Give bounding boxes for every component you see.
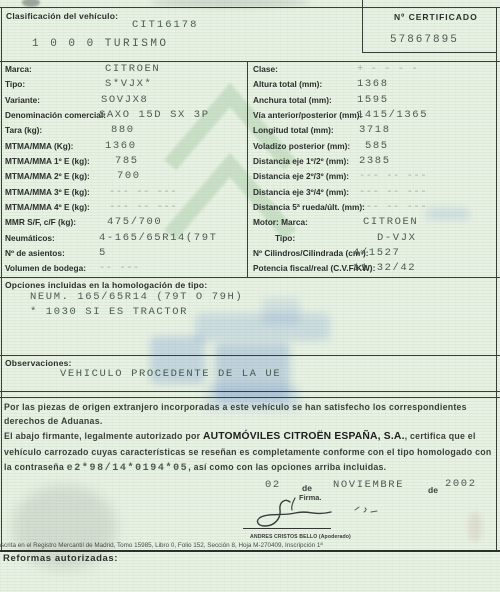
field-label: Distancia 5ª rueda/últ. (mm):	[253, 202, 365, 212]
field-value: 475/700	[107, 216, 162, 228]
field-row: MTMA/MMA 2º E (kg):700	[5, 169, 243, 184]
field-value: CITROEN	[363, 216, 418, 228]
field-value: --- -- ---	[359, 186, 427, 198]
field-row: MTMA/MMA 3º E (kg):--- -- ---	[5, 185, 243, 200]
certify-paragraph: El abajo firmante, legalmente autorizado…	[4, 429, 496, 477]
field-value: 1368	[357, 78, 389, 90]
field-label: Denominación comercial:	[5, 110, 106, 120]
contrasena-value: e2*98/14*0194*05	[67, 463, 189, 474]
field-row: Distancia eje 3º/4º (mm):--- -- ---	[253, 185, 496, 200]
field-row: MTMA/MMA 4º E (kg):--- -- ---	[5, 200, 243, 215]
divider	[362, 52, 496, 53]
date-day: 02	[265, 479, 281, 491]
clasificacion-value: 1 0 0 0 TURISMO	[32, 38, 169, 50]
field-label: Nº de asientos:	[5, 248, 65, 258]
field-row: Altura total (mm):1368	[253, 77, 496, 92]
field-value: 1595	[357, 94, 389, 106]
field-row: Neumáticos:4-165/65R14(79T	[5, 231, 243, 246]
field-label: Vía anterior/posterior (mm):	[253, 110, 362, 120]
field-value: 1360	[105, 140, 137, 152]
field-label: MTMA/MMA 4º E (kg):	[5, 202, 90, 212]
divider	[0, 7, 500, 8]
field-value: 5	[99, 247, 107, 259]
field-row: MMR S/F, c/F (kg):475/700	[5, 215, 243, 230]
field-label: MMR S/F, c/F (kg):	[5, 217, 76, 227]
divider	[496, 7, 497, 551]
date-de: de	[428, 485, 438, 495]
registro-mercantil-text: inscrita en el Registro Mercantil de Mad…	[0, 542, 500, 549]
reformas-label: Reformas autorizadas:	[3, 553, 118, 564]
field-value: + - - - -	[357, 63, 418, 75]
field-label: Distancia eje 1º/2º (mm):	[253, 156, 349, 166]
field-value: 1415/1365	[357, 109, 428, 121]
field-value: 700	[117, 170, 141, 182]
opciones-line2: * 1030 SI ES TRACTOR	[30, 306, 188, 318]
field-label: MTMA/MMA 3º E (kg):	[5, 187, 90, 197]
date-year: 2002	[445, 478, 477, 490]
observaciones-value: VEHICULO PROCEDENTE DE LA UE	[60, 368, 281, 380]
field-row: Potencia fiscal/real (C.V.F/KW):11,32/42	[253, 261, 496, 276]
field-row: Distancia eje 1º/2º (mm):2385	[253, 154, 496, 169]
scan-smudge	[22, 0, 40, 7]
field-row: MTMA/MMA 1º E (kg):785	[5, 154, 243, 169]
field-row: Variante:SOVJX8	[5, 93, 243, 108]
field-value: SAXO 15D SX 3P	[99, 109, 210, 121]
signer-name: ANDRES CRISTOS BELLO (Apoderado)	[250, 534, 351, 540]
field-row: Anchura total (mm):1595	[253, 93, 496, 108]
signature-icon	[235, 496, 385, 530]
field-row: Distancia 5ª rueda/últ. (mm):--- -- ---	[253, 200, 496, 215]
date-de: de	[302, 483, 312, 493]
field-row: Tara (kg):880	[5, 123, 243, 138]
field-row: Nº de asientos:5	[5, 246, 243, 261]
field-value: 4/1527	[353, 247, 400, 259]
divider	[0, 397, 500, 398]
divider	[247, 61, 248, 277]
field-value: -- ---	[99, 262, 140, 274]
field-value: SOVJX8	[101, 94, 148, 106]
field-label: Altura total (mm):	[253, 79, 322, 89]
field-value: --- -- ---	[359, 170, 427, 182]
clasificacion-label: Clasificación del vehículo:	[6, 11, 118, 21]
field-row: Voladizo posterior (mm):585	[253, 139, 496, 154]
clasificacion-code: CIT16178	[132, 19, 198, 31]
certify-text: , así como con las opciones arriba inclu…	[188, 462, 386, 472]
scan-smudge	[150, 0, 310, 7]
left-column: Marca:CITROEN Tipo:S*VJX* Variante:SOVJX…	[5, 62, 243, 277]
divider	[1, 7, 2, 551]
field-value: 11,32/42	[353, 262, 416, 274]
field-value: D-VJX	[377, 232, 417, 244]
field-label: Tipo:	[5, 79, 25, 89]
field-label: Neumáticos:	[5, 233, 55, 243]
field-label: Variante:	[5, 95, 40, 105]
field-label: Nº Cilindros/Cilindrada (cm³):	[253, 248, 369, 258]
field-label: Clase:	[253, 64, 278, 74]
field-label: Longitud total (mm):	[253, 125, 334, 135]
field-row: Denominación comercial:SAXO 15D SX 3P	[5, 108, 243, 123]
divider	[362, 0, 363, 7]
signature-rule	[243, 528, 331, 529]
field-label: MTMA/MMA 1º E (kg):	[5, 156, 90, 166]
field-row: Nº Cilindros/Cilindrada (cm³):4/1527	[253, 246, 496, 261]
certificado-value: 57867895	[390, 34, 459, 46]
stamp-remnant	[262, 298, 300, 324]
field-value: CITROEN	[105, 63, 160, 75]
field-label: Volumen de bodega:	[5, 263, 86, 273]
divider	[362, 8, 363, 52]
field-row: Motor: Marca:CITROEN	[253, 215, 496, 230]
field-value: --- -- ---	[109, 201, 177, 213]
aduanas-paragraph: Por las piezas de origen extranjero inco…	[4, 400, 496, 428]
right-column: Clase:+ - - - - Altura total (mm):1368 A…	[253, 62, 496, 277]
field-value: 785	[115, 155, 139, 167]
divider	[0, 277, 500, 278]
field-label: Marca:	[5, 64, 32, 74]
field-row: Tipo:D-VJX	[253, 231, 496, 246]
field-row: Longitud total (mm):3718	[253, 123, 496, 138]
divider	[0, 391, 500, 392]
divider	[0, 550, 500, 552]
field-row: Tipo:S*VJX*	[5, 77, 243, 92]
field-row: Vía anterior/posterior (mm):1415/1365	[253, 108, 496, 123]
field-label: Distancia eje 2º/3º (mm):	[253, 171, 349, 181]
opciones-label: Opciones incluidas en la homologación de…	[5, 280, 207, 290]
field-label: Tara (kg):	[5, 125, 42, 135]
field-value: S*VJX*	[105, 78, 152, 90]
date-month: NOVIEMBRE	[333, 479, 404, 491]
field-value: 4-165/65R14(79T	[99, 232, 218, 244]
field-label: Motor: Marca:	[253, 217, 308, 227]
field-row: MTMA/MMA (Kg):1360	[5, 139, 243, 154]
scan-smudge	[468, 512, 482, 542]
field-value: 2385	[359, 155, 391, 167]
field-row: Volumen de bodega:-- ---	[5, 261, 243, 276]
field-label: Distancia eje 3º/4º (mm):	[253, 187, 349, 197]
field-value: --- -- ---	[359, 201, 427, 213]
field-row: Clase:+ - - - -	[253, 62, 496, 77]
field-label: Voladizo posterior (mm):	[253, 141, 350, 151]
field-label: Tipo:	[275, 233, 295, 243]
field-value: --- -- ---	[109, 186, 177, 198]
field-row: Marca:CITROEN	[5, 62, 243, 77]
field-row: Distancia eje 2º/3º (mm):--- -- ---	[253, 169, 496, 184]
vehicle-certificate-document: Clasificación del vehículo: CIT16178 1 0…	[0, 0, 500, 592]
certificado-label: Nº CERTIFICADO	[394, 12, 478, 22]
certify-text: El abajo firmante, legalmente autorizado…	[4, 431, 203, 441]
field-value: 880	[111, 124, 135, 136]
field-value: 3718	[359, 124, 391, 136]
company-name: AUTOMÓVILES CITROËN ESPAÑA, S.A.	[203, 431, 405, 442]
field-value: 585	[365, 140, 389, 152]
observaciones-label: Observaciones:	[5, 358, 72, 368]
field-label: Anchura total (mm):	[253, 95, 332, 105]
field-label: MTMA/MMA (Kg):	[5, 141, 73, 151]
divider	[0, 355, 500, 356]
opciones-line1: NEUM. 165/65R14 (79T O 79H)	[30, 291, 243, 303]
field-label: MTMA/MMA 2º E (kg):	[5, 171, 90, 181]
